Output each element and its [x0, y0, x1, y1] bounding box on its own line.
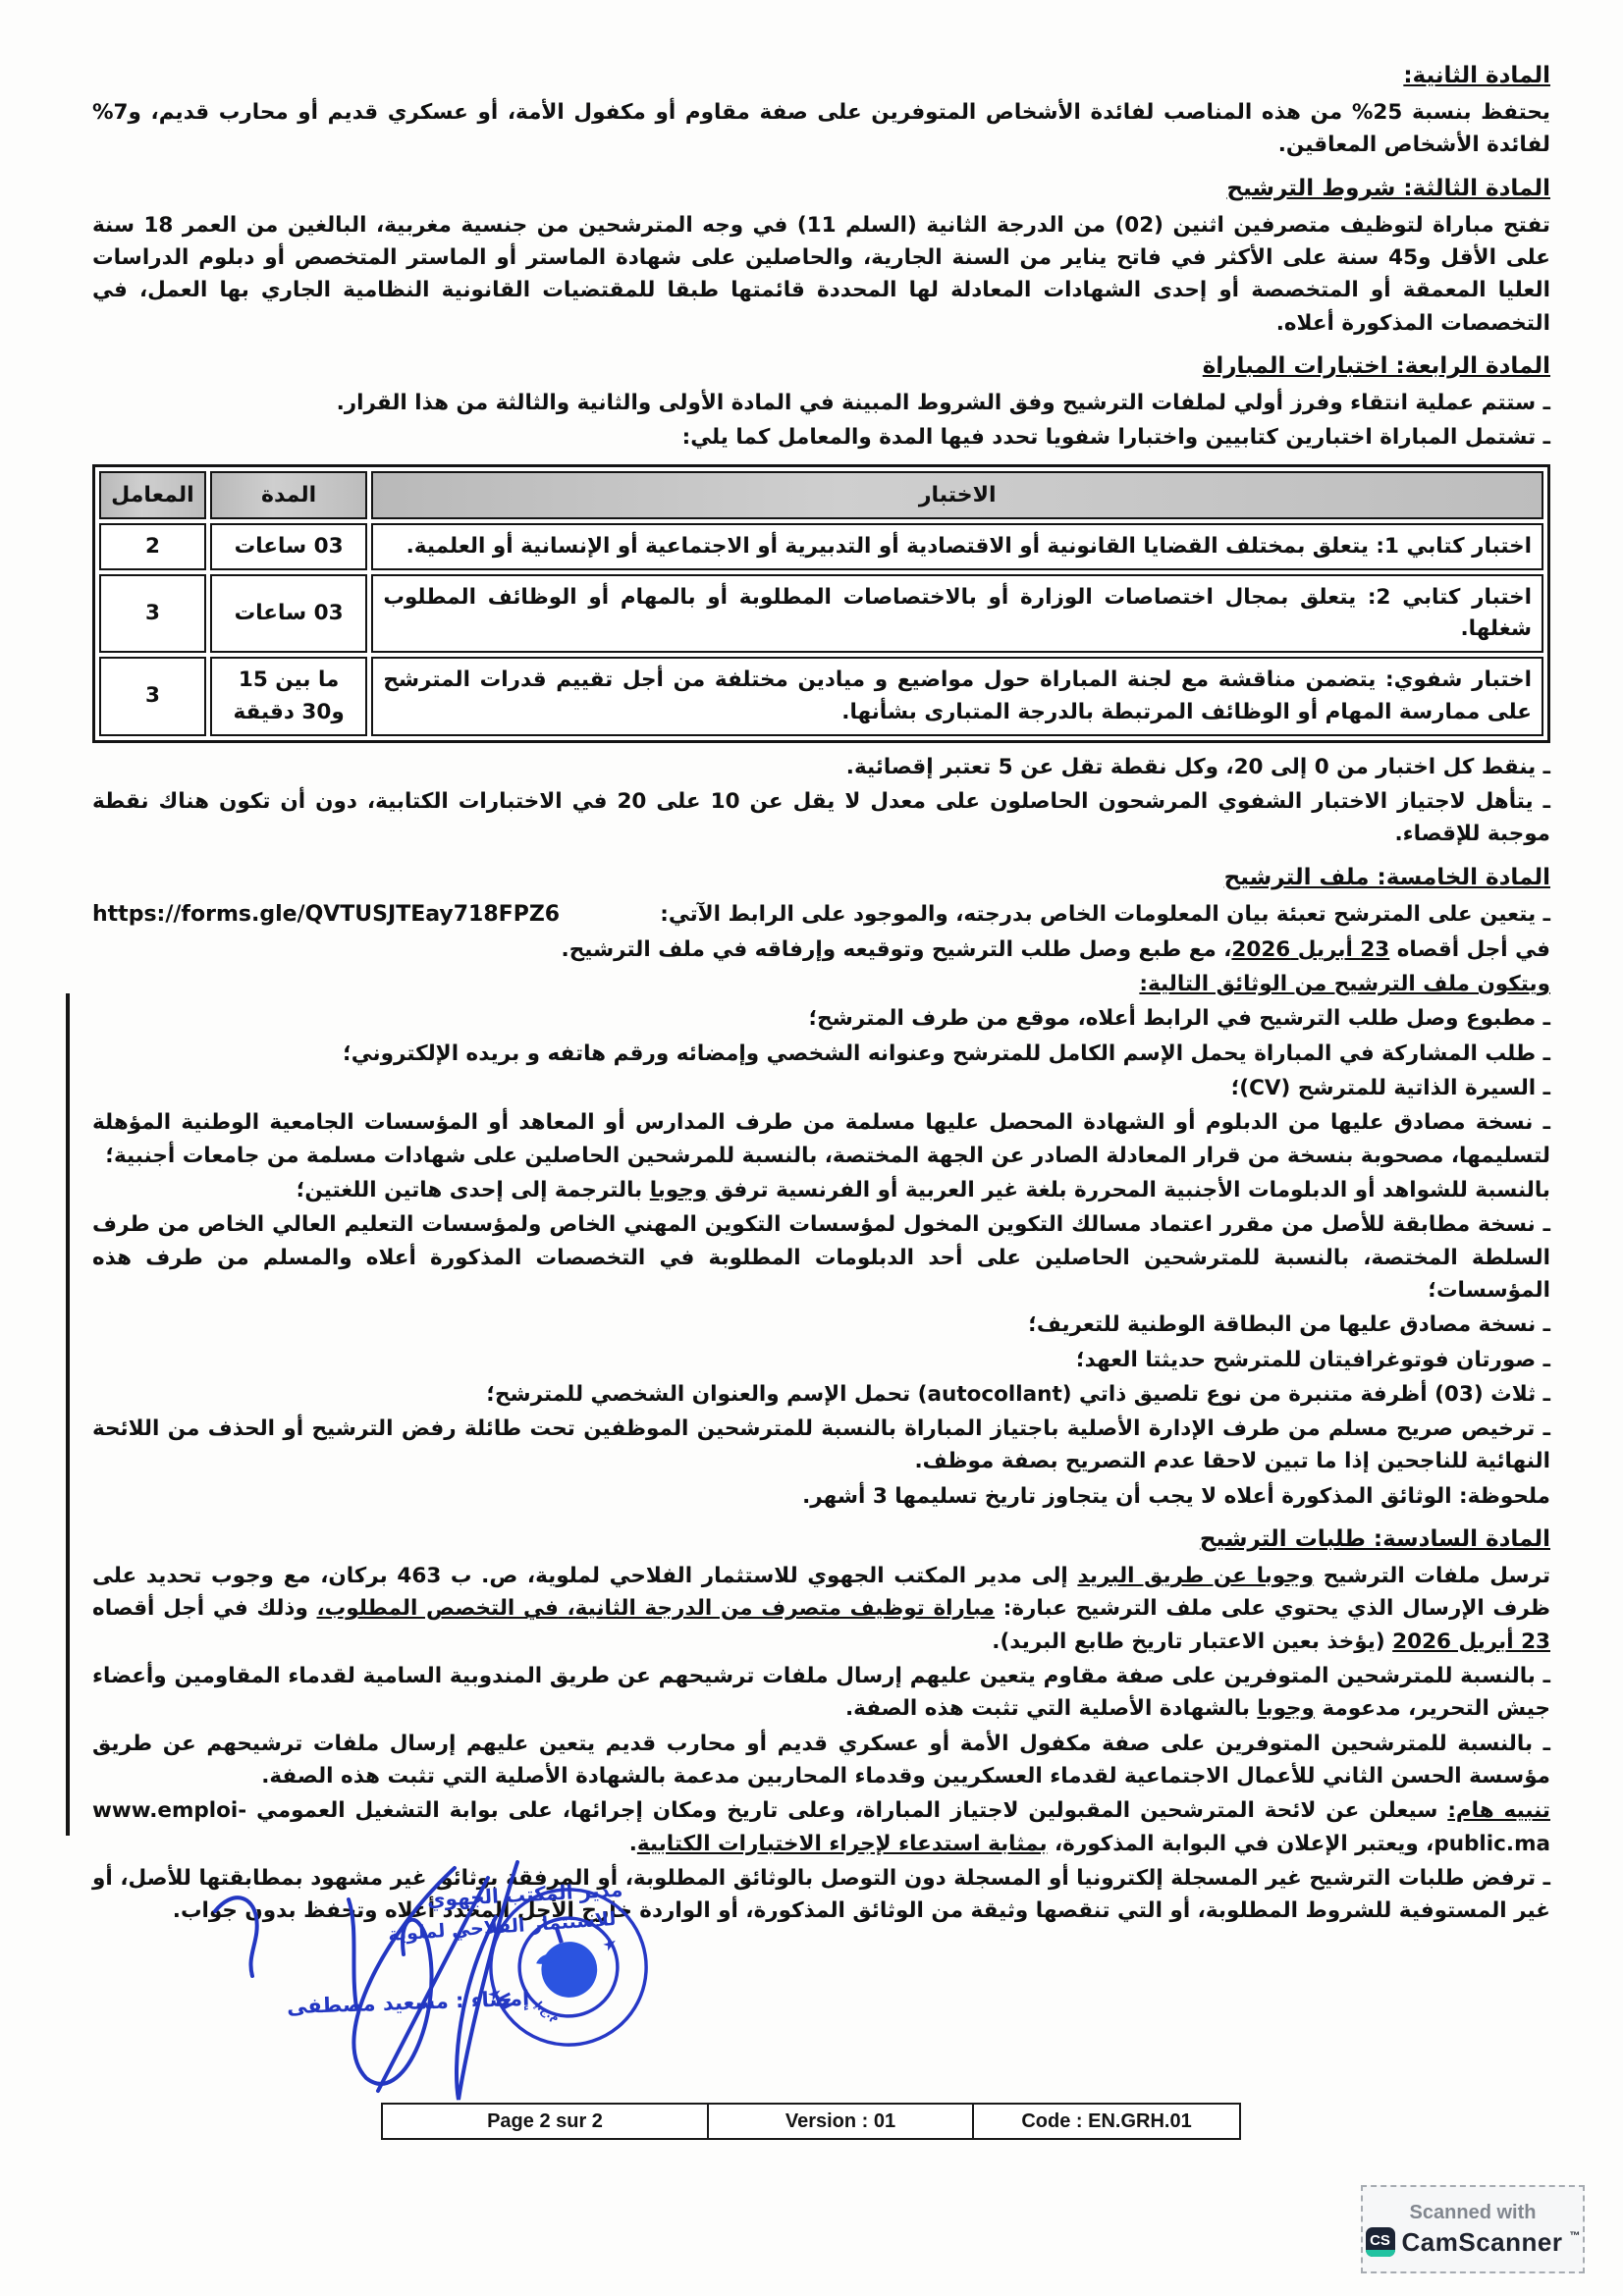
camscanner-scanned-with: Scanned with	[1410, 2202, 1537, 2224]
exam-oral: اختبار شفوي: يتضمن مناقشة مع لجنة المبار…	[371, 657, 1543, 736]
table-row: اختبار شفوي: يتضمن مناقشة مع لجنة المبار…	[99, 657, 1543, 736]
article3-heading: المادة الثالثة: شروط الترشيح	[92, 176, 1550, 201]
duration-oral: ما بين 15 و30 دقيقة	[210, 657, 367, 736]
form-link-text: ـ يتعين على المترشح تعبئة بيان المعلومات…	[660, 898, 1550, 931]
a6-t1: ترسل ملفات الترشيح	[1314, 1564, 1550, 1588]
article2-body: يحتفظ بنسبة 25% من هذه المناصب لفائدة ال…	[92, 96, 1550, 162]
doc-item-authorization: ـ ترخيص صريح مسلم من طرف الإدارة الأصلية…	[92, 1413, 1550, 1478]
header-duration: المدة	[210, 471, 367, 519]
foreign-post: بالترجمة إلى إحدى هاتين اللغتين؛	[297, 1178, 650, 1202]
doc-item-envelopes: ـ ثلاث (03) أظرفة متنبرة من نوع تلصيق ذا…	[92, 1378, 1550, 1411]
stamp-fruit-icon	[534, 1935, 605, 2005]
a6-deadline-date: 23 أبريل 2026	[1392, 1629, 1550, 1654]
a6-specialty: في التخصص المطلوب،	[317, 1596, 559, 1621]
notice-label: تنبيه هام:	[1447, 1798, 1550, 1823]
doc-item-application: ـ طلب المشاركة في المباراة يحمل الإسم ال…	[92, 1038, 1550, 1070]
article6-bullet-military: ـ بالنسبة للمترشحين المتوفرين على صفة مك…	[92, 1728, 1550, 1793]
grading-bullet-2: ـ يتأهل لاجتياز الاختبار الشفوي المرشحون…	[92, 785, 1550, 851]
note-line: ملحوظة: الوثائق المذكورة أعلاه لا يجب أن…	[92, 1480, 1550, 1513]
note-label: ملحوظة:	[1459, 1484, 1550, 1509]
deadline-post: ، مع طبع وصل طلب الترشيح وتوقيعه وإرفاقه…	[562, 937, 1232, 962]
a6-by-mail: وجوبا عن طريق البريد	[1077, 1564, 1314, 1588]
stamp-star-left: ★	[485, 1983, 506, 2006]
signature-name: إمضاء : مسعيد مصطفى	[287, 1987, 530, 2019]
camscanner-logo-row: CS CamScanner ™	[1366, 2227, 1581, 2258]
deadline-date: 23 أبريل 2026	[1231, 937, 1389, 962]
important-notice: تنبيه هام: سيعلن عن لائحة المترشحين المق…	[92, 1794, 1550, 1860]
coeff-written-1: 2	[99, 523, 206, 570]
header-exam: الاختبار	[371, 471, 1543, 519]
form-link-line: ـ يتعين على المترشح تعبئة بيان المعلومات…	[92, 898, 1550, 932]
stamp-star-right: ★	[600, 1933, 621, 1956]
footer-code: Code : EN.GRH.01	[972, 2105, 1239, 2138]
doc-item-diploma-copy: ـ نسخة مصادق عليها من الدبلوم أو الشهادة…	[92, 1106, 1550, 1172]
docs-intro: ويتكون ملف الترشيح من الوثائق التالية:	[92, 968, 1550, 1000]
notice-summons: بمثابة استدعاء لإجراء الاختبارات الكتابي…	[637, 1832, 1048, 1856]
doc-item-photos: ـ صورتان فوتوغرافيتان للمترشح حديثتا الع…	[92, 1344, 1550, 1376]
a6-t4: وذلك في أجل أقصاه	[92, 1596, 317, 1621]
notice-post: .	[629, 1832, 637, 1856]
form-url: https://forms.gle/QVTUSJTEay718FPZ6	[92, 898, 560, 932]
coeff-oral: 3	[99, 657, 206, 736]
note-body: الوثائق المذكورة أعلاه لا يجب أن يتجاوز …	[802, 1484, 1459, 1509]
doc-item-cv: ـ السيرة الذاتية للمترشح (CV)؛	[92, 1072, 1550, 1104]
article3-body: تفتح مباراة لتوظيف متصرفين اثنين (02) من…	[92, 209, 1550, 340]
coeff-written-2: 3	[99, 574, 206, 654]
exams-table-header-row: الاختبار المدة المعامل	[99, 471, 1543, 519]
doc-item-foreign-diploma: بالنسبة للشواهد أو الدبلومات الأجنبية ال…	[92, 1174, 1550, 1206]
table-row: اختبار كتابي 1: يتعلق بمختلف القضايا الق…	[99, 523, 1543, 570]
duration-written-1: 03 ساعات	[210, 523, 367, 570]
exam-written-1: اختبار كتابي 1: يتعلق بمختلف القضايا الق…	[371, 523, 1543, 570]
a6-must-mark: وجوب تحديد	[146, 1564, 274, 1588]
a6-b1-post: بالشهادة الأصلية التي تثبت هذه الصفة.	[845, 1696, 1257, 1721]
camscanner-name: CamScanner	[1402, 2227, 1563, 2258]
a6-b1-mandatory: وجوبا	[1257, 1696, 1315, 1721]
article4-heading: المادة الرابعة: اختبارات المباراة	[92, 353, 1550, 379]
rejection-bullet: ـ ترفض طلبات الترشيح غير المسجلة إلكترون…	[92, 1862, 1550, 1928]
article4-bullet-1: ـ ستتم عملية انتقاء وفرز أولي لملفات الت…	[92, 387, 1550, 419]
foreign-mandatory: وجوبا	[650, 1178, 708, 1202]
notice-pre: سيعلن عن لائحة المترشحين المقبولين لاجتي…	[246, 1798, 1447, 1823]
doc-item-receipt: ـ مطبوع وصل طلب الترشيح في الرابط أعلاه،…	[92, 1002, 1550, 1035]
footer-page-number: Page 2 sur 2	[383, 2105, 707, 2138]
a6-t5: (يؤخذ بعين الاعتبار تاريخ طابع البريد).	[992, 1629, 1392, 1654]
article4-bullet-2: ـ تشتمل المباراة اختبارين كتابيين واختبا…	[92, 421, 1550, 454]
camscanner-logo-letters: CS	[1370, 2232, 1390, 2249]
footer-code-table: Code : EN.GRH.01 Version : 01 Page 2 sur…	[381, 2103, 1241, 2140]
doc-item-id-card: ـ نسخة مصادق عليها من البطاقة الوطنية لل…	[92, 1308, 1550, 1341]
deadline-pre: في أجل أقصاه	[1389, 937, 1550, 962]
doc-item-accreditation: ـ نسخة مطابقة للأصل من مقرر اعتماد مسالك…	[92, 1208, 1550, 1307]
exams-table: الاختبار المدة المعامل اختبار كتابي 1: ي…	[92, 464, 1550, 743]
a6-b1-pre: ـ بالنسبة للمترشحين المتوفرين على صفة مق…	[92, 1664, 1550, 1721]
notice-mid: ، ويعتبر الإعلان في البوابة المذكورة،	[1048, 1832, 1434, 1856]
deadline-line: في أجل أقصاه 23 أبريل 2026، مع طبع وصل ط…	[92, 934, 1550, 966]
duration-written-2: 03 ساعات	[210, 574, 367, 654]
camscanner-badge: Scanned with CS CamScanner ™	[1361, 2185, 1585, 2273]
foreign-pre: بالنسبة للشواهد أو الدبلومات الأجنبية ال…	[707, 1178, 1550, 1202]
article6-paragraph: ترسل ملفات الترشيح وجوبا عن طريق البريد …	[92, 1560, 1550, 1658]
document-content: المادة الثانية: يحتفظ بنسبة 25% من هذه ا…	[92, 49, 1550, 1930]
document-page: المادة الثانية: يحتفظ بنسبة 25% من هذه ا…	[0, 0, 1623, 2296]
article6-heading: المادة السادسة: طلبات الترشيح	[92, 1526, 1550, 1552]
article2-heading: المادة الثانية:	[92, 63, 1550, 88]
footer-version: Version : 01	[707, 2105, 972, 2138]
exam-written-2: اختبار كتابي 2: يتعلق بمجال اختصاصات الو…	[371, 574, 1543, 654]
grading-bullet-1: ـ ينقط كل اختبار من 0 إلى 20، وكل نقطة ت…	[92, 751, 1550, 783]
table-row: اختبار كتابي 2: يتعلق بمجال اختصاصات الو…	[99, 574, 1543, 654]
camscanner-trademark: ™	[1569, 2230, 1580, 2242]
a6-t2: إلى مدير المكتب الجهوي للاستثمار الفلاحي…	[274, 1564, 1078, 1588]
article6-bullet-resistance: ـ بالنسبة للمترشحين المتوفرين على صفة مق…	[92, 1660, 1550, 1726]
scan-artifact-line	[66, 993, 70, 1836]
article5-heading: المادة الخامسة: ملف الترشيح	[92, 865, 1550, 890]
camscanner-logo-icon: CS	[1366, 2227, 1395, 2257]
header-coefficient: المعامل	[99, 471, 206, 519]
a6-competition-label: مباراة توظيف متصرف من الدرجة الثانية،	[559, 1596, 995, 1621]
